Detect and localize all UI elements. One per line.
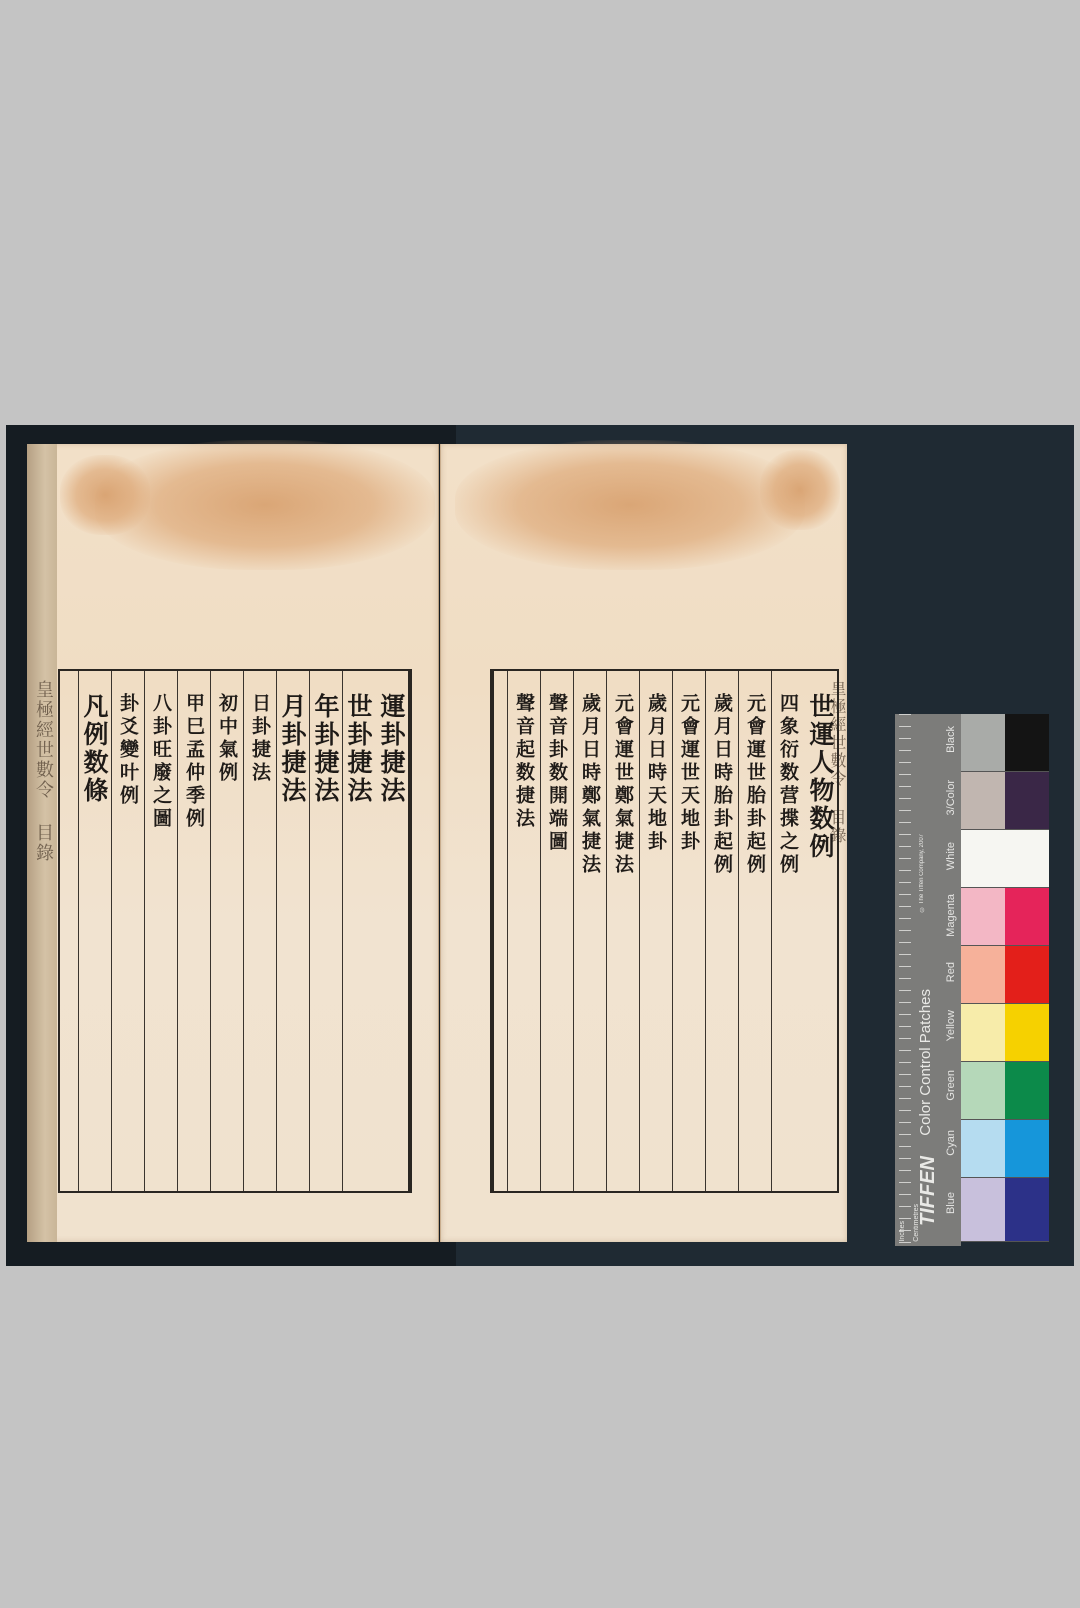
patch-cyan	[1005, 1120, 1049, 1178]
light-patches	[961, 714, 1005, 1246]
patch-red-light	[961, 946, 1005, 1004]
patch-3color-light	[961, 772, 1005, 830]
toc-entry: 元會運世天地卦	[672, 671, 705, 1191]
patch-white	[961, 830, 1005, 888]
patch-magenta-light	[961, 888, 1005, 946]
toc-entry: 歲月日時胎卦起例	[705, 671, 738, 1191]
toc-entry: 運卦捷法	[375, 671, 408, 1191]
label-blue: Blue	[945, 1192, 957, 1214]
toc-entry: 初中氣例	[210, 671, 243, 1191]
patch-3color	[1005, 772, 1049, 830]
toc-entry: 世運人物数例	[804, 671, 837, 1191]
patch-magenta	[1005, 888, 1049, 946]
unit-inches: Inches	[899, 1221, 906, 1242]
toc-entry: 歲月日時天地卦	[639, 671, 672, 1191]
ruler-ticks	[899, 714, 911, 1246]
tiffen-logo: TIFFEN	[917, 1156, 940, 1226]
patch-blue-light	[961, 1178, 1005, 1242]
toc-entry: 八卦旺廢之圖	[144, 671, 177, 1191]
label-cyan: Cyan	[945, 1130, 957, 1156]
toc-entry: 元會運世鄭氣捷法	[606, 671, 639, 1191]
patch-green	[1005, 1062, 1049, 1120]
toc-entry: 聲音卦数開端圖	[540, 671, 573, 1191]
toc-entry: 卦爻變叶例	[111, 671, 144, 1191]
unit-centimetres: Centimetres	[913, 1204, 920, 1242]
patch-green-light	[961, 1062, 1005, 1120]
patch-black	[1005, 714, 1049, 772]
label-green: Green	[945, 1070, 957, 1101]
patch-blue	[1005, 1178, 1049, 1242]
label-magenta: Magenta	[945, 894, 957, 937]
dark-patches	[1005, 714, 1049, 1246]
toc-entry: 甲巳孟仲季例	[177, 671, 210, 1191]
right-page-table-of-contents: 世運人物数例 四象衍数营揲之例 元會運世胎卦起例 歲月日時胎卦起例 元會運世天地…	[490, 669, 839, 1193]
target-title: Color Control Patches	[917, 989, 934, 1136]
water-stain	[760, 450, 840, 530]
toc-entry: 聲音起数捷法	[507, 671, 540, 1191]
patch-white	[1005, 830, 1049, 888]
patch-black-light	[961, 714, 1005, 772]
patch-red	[1005, 946, 1049, 1004]
toc-entry: 歲月日時鄭氣捷法	[573, 671, 606, 1191]
toc-entry: 元會運世胎卦起例	[738, 671, 771, 1191]
patch-yellow	[1005, 1004, 1049, 1062]
toc-entry: 年卦捷法	[309, 671, 342, 1191]
label-white: White	[945, 842, 957, 870]
label-3color: 3/Color	[945, 780, 957, 815]
left-page-margin-title: 皇極經世數令 目錄	[30, 680, 56, 863]
patch-cyan-light	[961, 1120, 1005, 1178]
water-stain	[60, 455, 150, 535]
label-yellow: Yellow	[945, 1010, 957, 1041]
water-stain	[455, 440, 805, 570]
color-control-target: TIFFEN Color Control Patches © The Tiffe…	[895, 714, 1055, 1246]
copyright: © The Tiffen Company, 2007	[919, 834, 925, 912]
toc-entry: 日卦捷法	[243, 671, 276, 1191]
patch-yellow-light	[961, 1004, 1005, 1062]
toc-entry: 凡例数條	[78, 671, 111, 1191]
toc-entry: 四象衍数营揲之例	[771, 671, 804, 1191]
toc-entry: 月卦捷法	[276, 671, 309, 1191]
toc-entry: 世卦捷法	[342, 671, 375, 1191]
label-black: Black	[945, 726, 957, 753]
label-red: Red	[945, 962, 957, 982]
left-page-table-of-contents: 運卦捷法 世卦捷法 年卦捷法 月卦捷法 日卦捷法 初中氣例 甲巳孟仲季例 八卦旺…	[58, 669, 412, 1193]
